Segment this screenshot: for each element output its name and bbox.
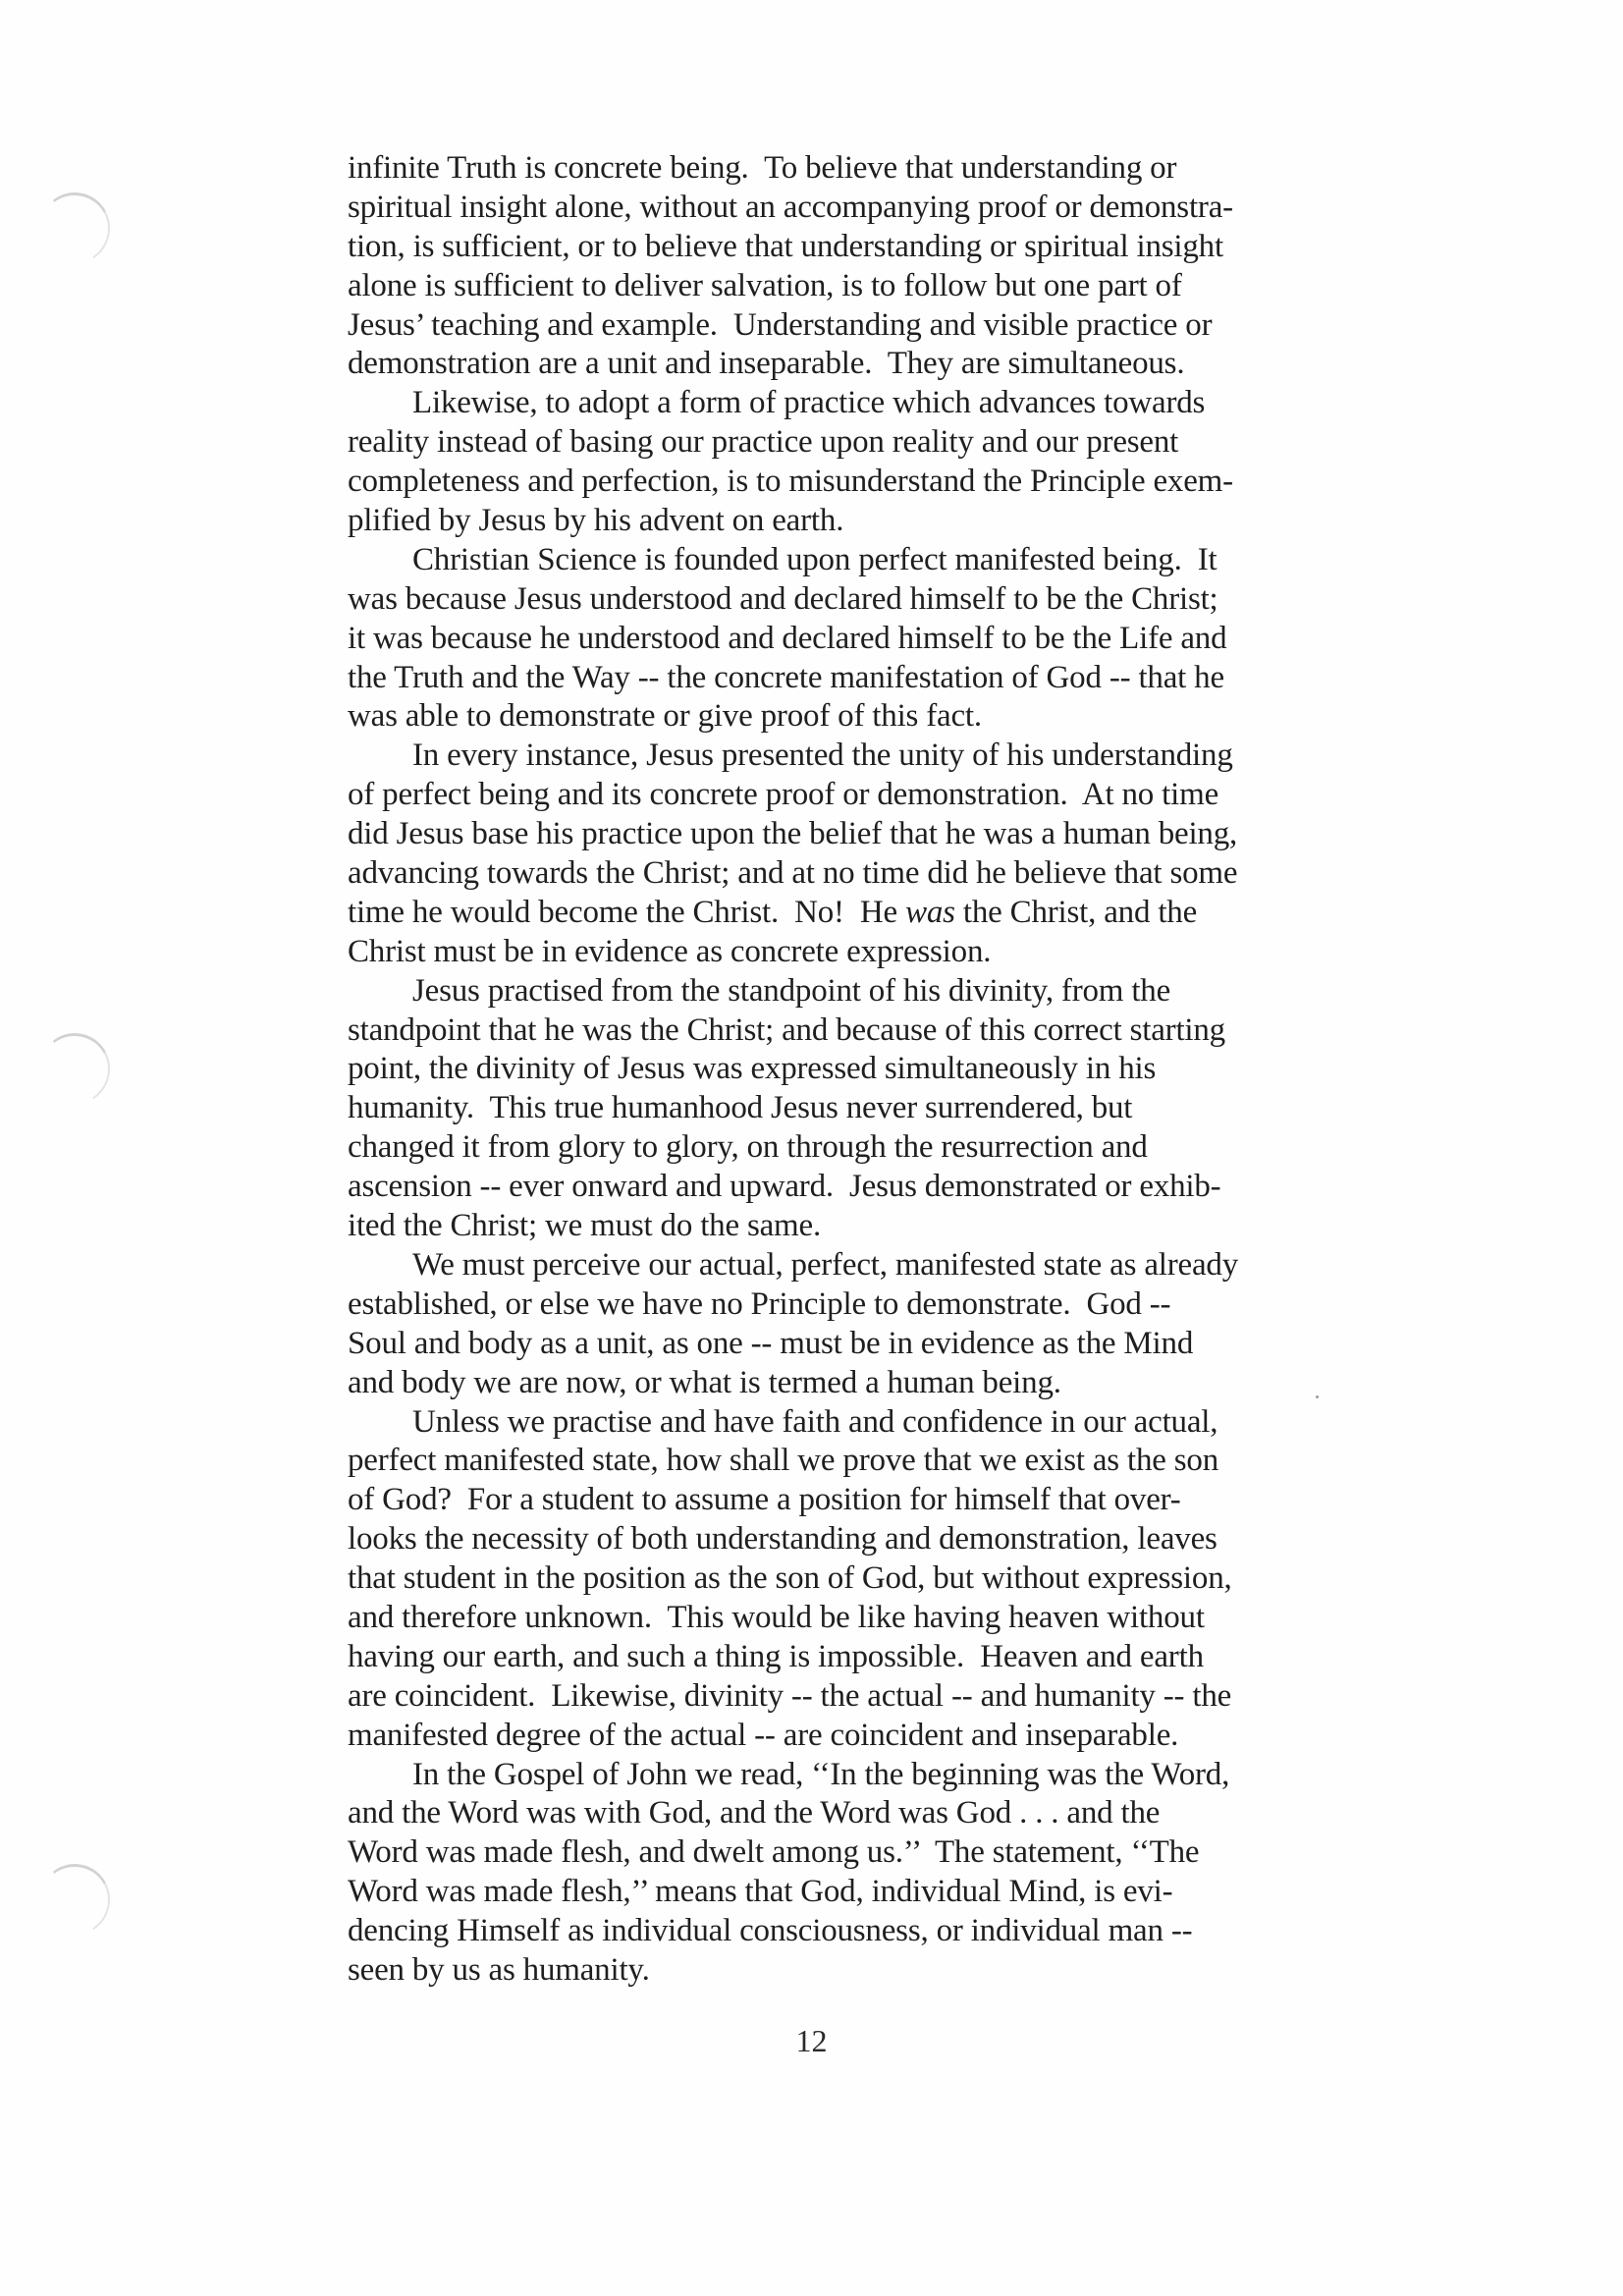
text-line: humanity. This true humanhood Jesus neve… [348,1089,1349,1128]
text-line: reality instead of basing our practice u… [348,423,1349,463]
text-line: Jesus’ teaching and example. Understandi… [348,306,1349,346]
text-line: ascension -- ever onward and upward. Jes… [348,1168,1349,1207]
text-line: Jesus practised from the standpoint of h… [348,972,1349,1011]
text-line: are coincident. Likewise, divinity -- th… [348,1677,1349,1717]
text-line: infinite Truth is concrete being. To bel… [348,149,1349,189]
body-text: infinite Truth is concrete being. To bel… [348,149,1349,1991]
text-line: dencing Himself as individual consciousn… [348,1912,1349,1951]
text-line: tion, is sufficient, or to believe that … [348,228,1349,267]
text-line: standpoint that he was the Christ; and b… [348,1011,1349,1051]
page-number: 12 [0,2023,1623,2059]
text-line: changed it from glory to glory, on throu… [348,1128,1349,1168]
text-line: completeness and perfection, is to misun… [348,463,1349,502]
binder-hole-mark [32,1026,117,1111]
text-line: of perfect being and its concrete proof … [348,776,1349,815]
text-line: manifested degree of the actual -- are c… [348,1717,1349,1756]
text-line: of God? For a student to assume a positi… [348,1481,1349,1520]
text-line: the Truth and the Way -- the concrete ma… [348,659,1349,698]
text-line: We must perceive our actual, perfect, ma… [348,1246,1349,1285]
text-line: ited the Christ; we must do the same. [348,1207,1349,1246]
emphasis: was [905,895,955,930]
text-line: spiritual insight alone, without an acco… [348,189,1349,228]
binder-hole-mark [32,186,117,270]
text-line: looks the necessity of both understandin… [348,1520,1349,1559]
binder-hole-mark [32,1857,117,1941]
text-line: that student in the position as the son … [348,1559,1349,1599]
text-line: Word was made flesh,’’ means that God, i… [348,1873,1349,1912]
text-line: and body we are now, or what is termed a… [348,1364,1349,1403]
text-line: Unless we practise and have faith and co… [348,1403,1349,1443]
text-line: advancing towards the Christ; and at no … [348,854,1349,894]
text-line: Word was made flesh, and dwelt among us.… [348,1833,1349,1873]
text-line: demonstration are a unit and inseparable… [348,345,1349,384]
text-line: did Jesus base his practice upon the bel… [348,815,1349,854]
text-line: alone is sufficient to deliver salvation… [348,267,1349,306]
text-line: was because Jesus understood and declare… [348,580,1349,620]
text-line: point, the divinity of Jesus was express… [348,1050,1349,1089]
text-line: it was because he understood and declare… [348,620,1349,659]
text-line: seen by us as humanity. [348,1951,1349,1991]
text-line: plified by Jesus by his advent on earth. [348,502,1349,541]
text-line: Christ must be in evidence as concrete e… [348,933,1349,972]
text-line: having our earth, and such a thing is im… [348,1638,1349,1677]
text-line: In every instance, Jesus presented the u… [348,737,1349,776]
text-line: perfect manifested state, how shall we p… [348,1442,1349,1481]
text-line: established, or else we have no Principl… [348,1285,1349,1325]
text-line: Likewise, to adopt a form of practice wh… [348,384,1349,423]
text-line: Christian Science is founded upon perfec… [348,541,1349,580]
text-line: Soul and body as a unit, as one -- must … [348,1325,1349,1364]
text-line: In the Gospel of John we read, ‘‘In the … [348,1756,1349,1795]
text-line: and therefore unknown. This would be lik… [348,1599,1349,1638]
document-page: infinite Truth is concrete being. To bel… [0,0,1623,2296]
text-line: time he would become the Christ. No! He … [348,894,1349,933]
text-line: and the Word was with God, and the Word … [348,1794,1349,1833]
text-line: was able to demonstrate or give proof of… [348,697,1349,737]
